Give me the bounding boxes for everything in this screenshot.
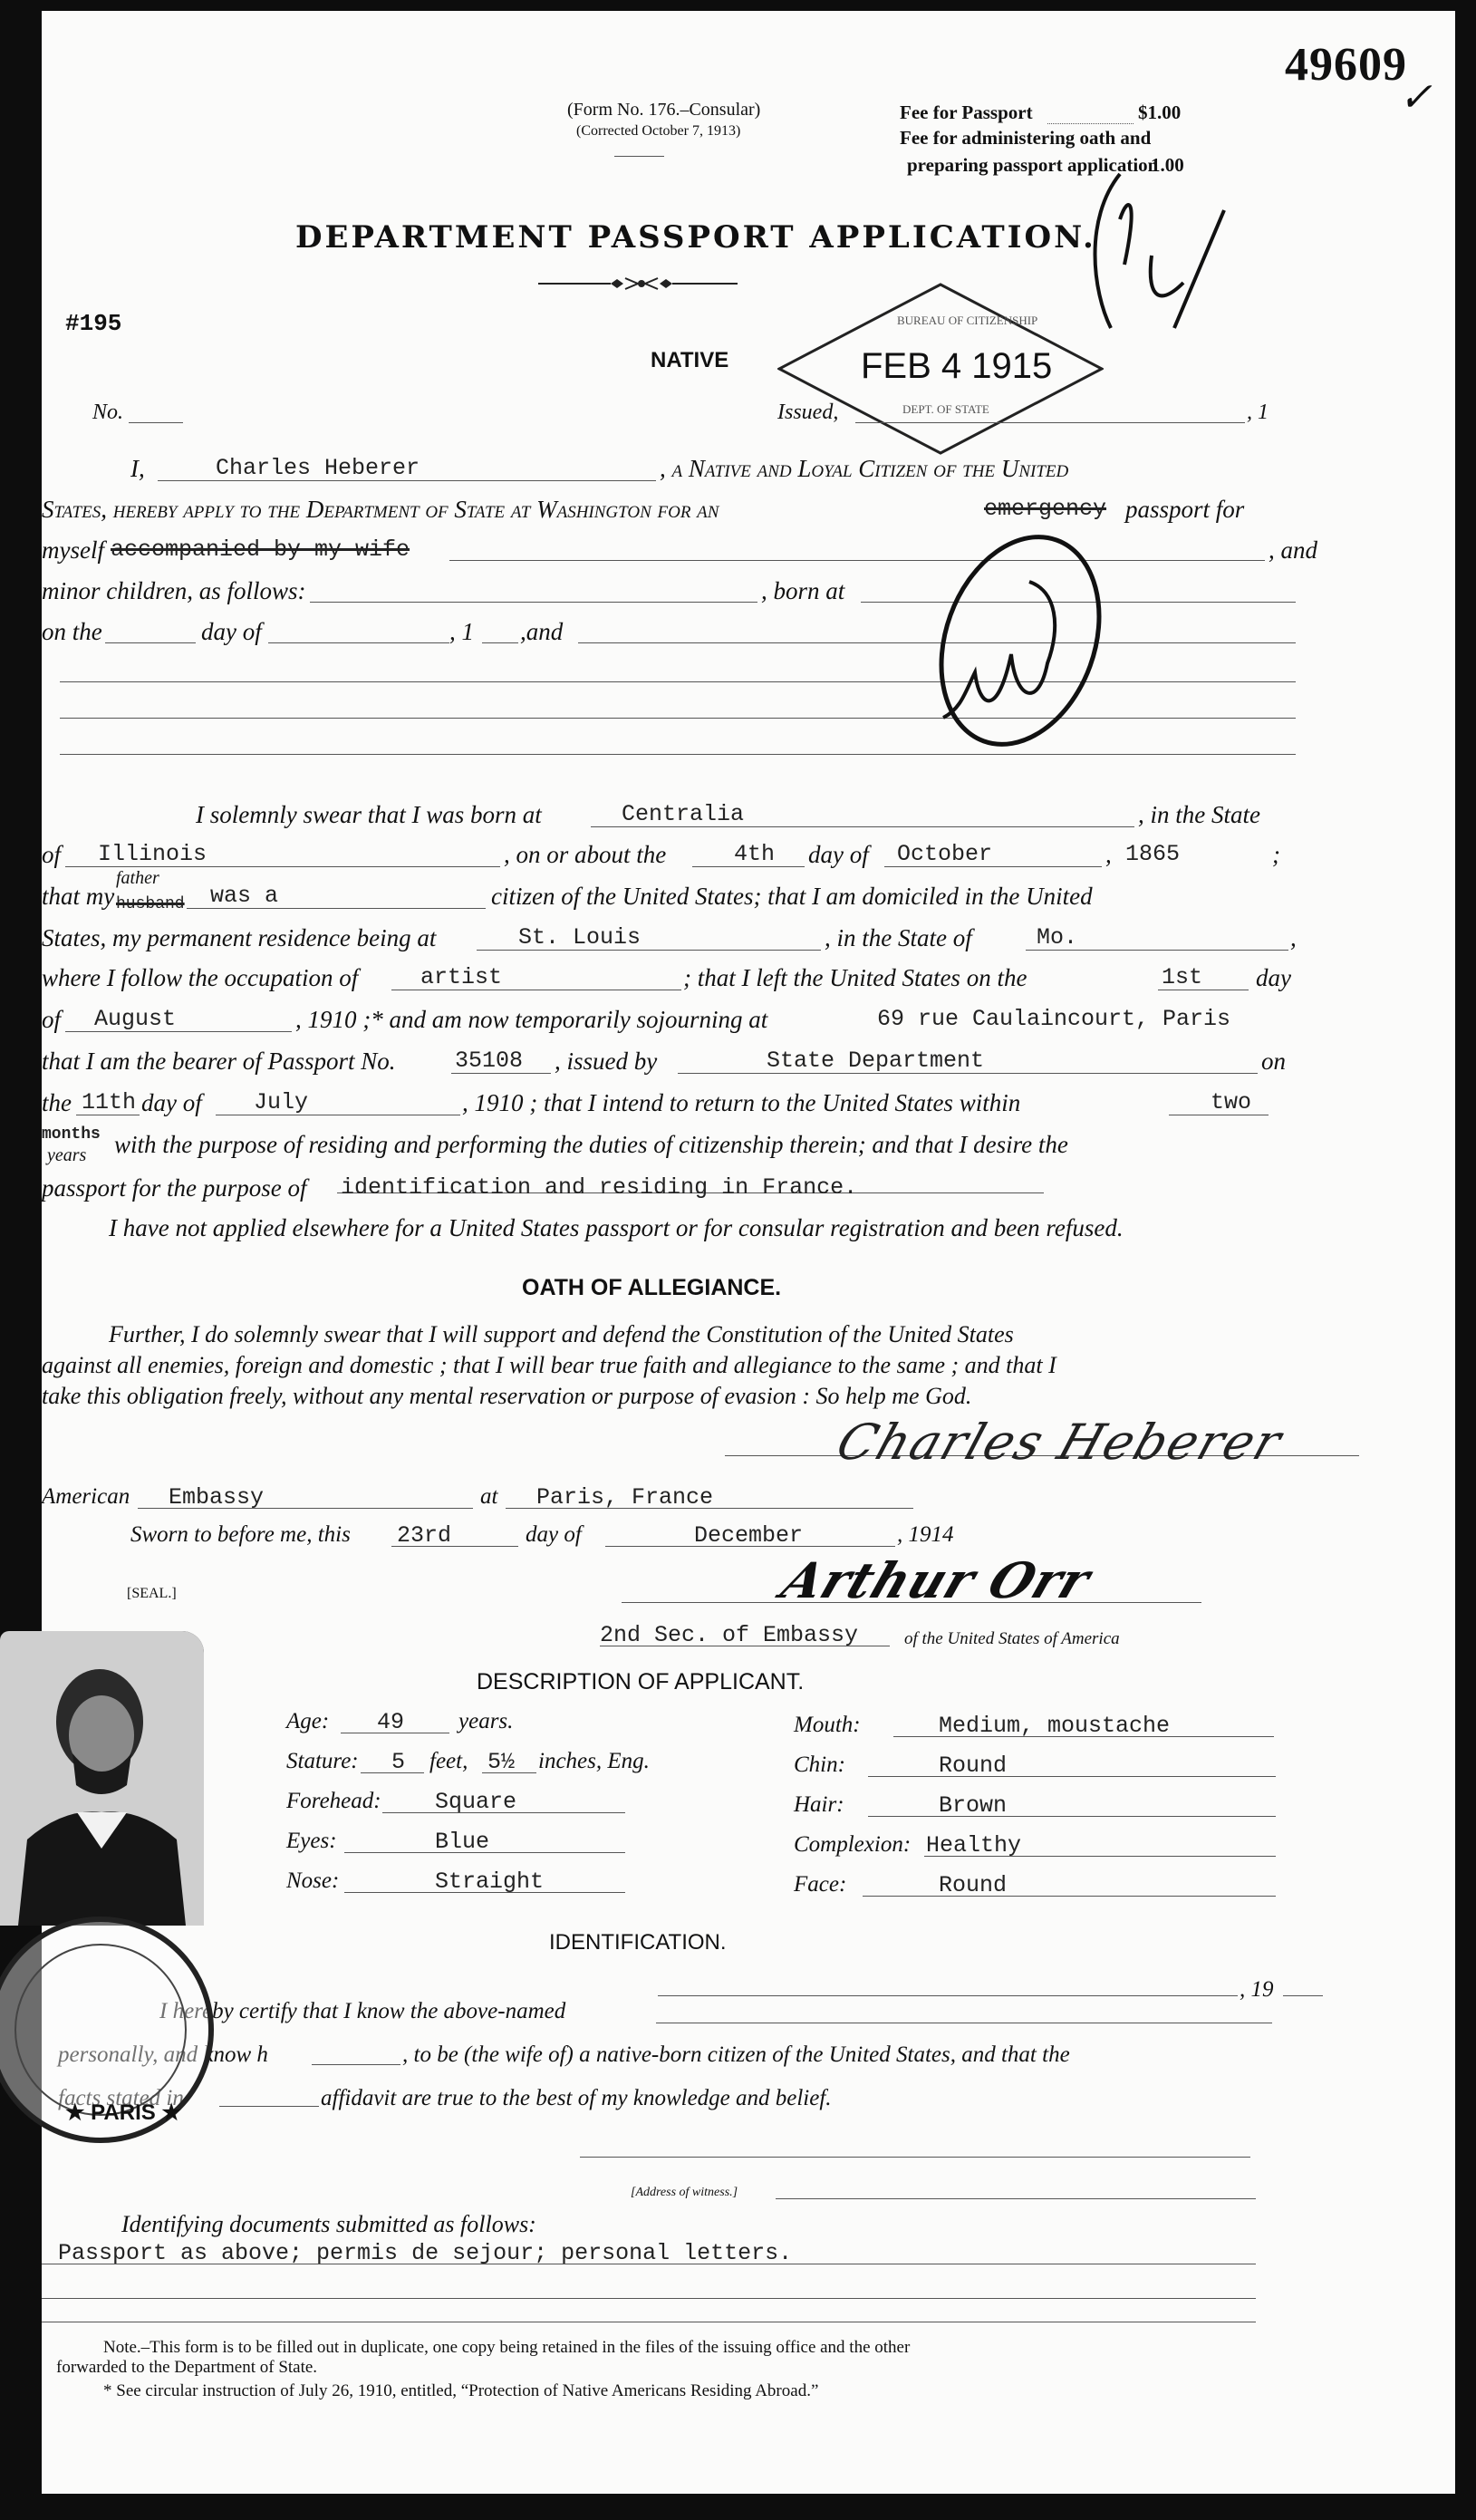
form-corrected-date: (Corrected October 7, 1913) xyxy=(576,123,740,140)
complexion-label: Complexion: xyxy=(794,1832,911,1858)
divider xyxy=(614,156,664,157)
was-a-field[interactable]: was a xyxy=(210,883,278,909)
child-year-line xyxy=(482,642,518,643)
on-text: on xyxy=(1261,1048,1286,1076)
native-born-text: , to be (the wife of) a native-born citi… xyxy=(402,2042,1070,2068)
apply-text: States, hereby apply to the Department o… xyxy=(42,496,719,524)
affidavit-text: affidavit are true to the best of my kno… xyxy=(321,2086,832,2111)
passport-number-field[interactable]: 35108 xyxy=(455,1048,523,1074)
left-month-field[interactable]: August xyxy=(94,1006,176,1032)
eyes-field[interactable]: Blue xyxy=(435,1829,489,1855)
no-label: No. xyxy=(92,401,123,425)
sojourn-address-field[interactable]: 69 rue Caulaincourt, Paris xyxy=(877,1006,1230,1032)
passport-application-page: 49609 ✓ (Form No. 176.–Consular) (Correc… xyxy=(42,11,1455,2494)
born-at-label: , born at xyxy=(761,577,844,605)
pronoun-line xyxy=(312,2064,400,2065)
mouth-label: Mouth: xyxy=(794,1713,861,1738)
note-footnote: * See circular instruction of July 26, 1… xyxy=(103,2381,818,2401)
face-line xyxy=(863,1896,1276,1897)
documents-field[interactable]: Passport as above; permis de sejour; per… xyxy=(58,2240,792,2266)
minor-children-label: minor children, as follows: xyxy=(42,577,306,605)
office-field[interactable]: Embassy xyxy=(169,1484,264,1511)
apply-text-a: States, hereby apply to the Department o… xyxy=(42,496,719,523)
birth-year-field[interactable]: 1865 xyxy=(1125,841,1180,867)
documents-line-3 xyxy=(42,2322,1256,2322)
residence-text: States, my permanent residence being at xyxy=(42,924,436,952)
stature-label: Stature: xyxy=(286,1749,359,1774)
day-of-label-2: day of xyxy=(526,1522,582,1548)
emergency-struck-field[interactable]: emergency xyxy=(984,496,1106,522)
officer-title-line xyxy=(600,1646,890,1646)
sojourn-text: , 1910 ;* and am now temporarily sojourn… xyxy=(295,1006,767,1034)
issued-suffix: , 1 xyxy=(1247,401,1269,425)
sworn-label: Sworn to before me, this xyxy=(130,1522,351,1548)
applicant-name-field[interactable]: Charles Heberer xyxy=(216,455,420,481)
affidavit-line xyxy=(219,2106,319,2107)
mouth-field[interactable]: Medium, moustache xyxy=(939,1713,1170,1739)
native-citizen-text: , a Native and Loyal Citizen of the Unit… xyxy=(660,455,1068,483)
sworn-birth-text: I solemnly swear that I was born at xyxy=(196,801,542,829)
issued-by-text: , issued by xyxy=(555,1048,657,1076)
intro-i: I, xyxy=(130,455,145,483)
oath-line-1: Further, I do solemnly swear that I will… xyxy=(109,1321,1014,1348)
portrait-silhouette-icon xyxy=(0,1631,204,1926)
case-number: #195 xyxy=(65,310,121,337)
at-label: at xyxy=(480,1484,497,1510)
issued-day-field[interactable]: 11th xyxy=(82,1089,136,1115)
not-applied-text: I have not applied elsewhere for a Unite… xyxy=(109,1214,1124,1242)
sworn-year: , 1914 xyxy=(897,1522,954,1548)
years-label: years. xyxy=(458,1709,513,1734)
birth-state-field[interactable]: Illinois xyxy=(98,841,207,867)
and-text: , and xyxy=(1269,536,1317,565)
year-prefix: , 1 xyxy=(449,618,474,646)
on-the-label: on the xyxy=(42,618,102,646)
description-heading: DESCRIPTION OF APPLICANT. xyxy=(477,1669,804,1695)
sworn-day-field[interactable]: 23rd xyxy=(397,1522,451,1549)
address-of-witness-label: [Address of witness.] xyxy=(631,2186,738,2200)
accompanied-struck-field[interactable]: accompanied by my wife xyxy=(111,536,410,563)
line3-field-line xyxy=(449,560,1265,561)
examiner-initial-mark xyxy=(912,527,1129,754)
birth-day-field[interactable]: 4th xyxy=(734,841,775,867)
residence-city-field[interactable]: St. Louis xyxy=(518,924,641,951)
checkmark-icon: ✓ xyxy=(1399,74,1433,121)
officer-signature: Arthur Orr xyxy=(774,1551,1098,1609)
issued-month-field[interactable]: July xyxy=(254,1089,308,1115)
identification-year-line xyxy=(1283,1995,1323,1996)
feet-label: feet, xyxy=(429,1749,468,1774)
chin-field[interactable]: Round xyxy=(939,1752,1007,1779)
forehead-label: Forehead: xyxy=(286,1789,381,1814)
oath-line-2: against all enemies, foreign and domesti… xyxy=(42,1352,1056,1379)
note-text-2: forwarded to the Department of State. xyxy=(56,2358,317,2378)
face-label: Face: xyxy=(794,1872,846,1897)
issued-by-field[interactable]: State Department xyxy=(767,1048,984,1074)
officer-suffix: of the United States of America xyxy=(904,1629,1120,1649)
native-label: NATIVE xyxy=(651,348,728,373)
chin-label: Chin: xyxy=(794,1752,845,1778)
child-month-line xyxy=(268,642,449,643)
birthplace-field[interactable]: Centralia xyxy=(622,801,744,827)
witness-signature-line xyxy=(580,2157,1250,2158)
semicolon: ; xyxy=(1272,841,1280,869)
ornament-divider xyxy=(538,274,738,294)
passport-bearer-text: that I am the bearer of Passport No. xyxy=(42,1048,396,1076)
purpose-field[interactable]: identification and residing in France. xyxy=(341,1174,857,1201)
return-within-field[interactable]: two xyxy=(1211,1089,1251,1115)
fee-passport-label: Fee for Passport xyxy=(900,101,1033,124)
day-of-text-2: day of xyxy=(141,1089,202,1117)
citizen-text: citizen of the United States; that I am … xyxy=(491,883,1093,911)
form-number: (Form No. 176.–Consular) xyxy=(567,100,760,121)
comma: , xyxy=(1105,841,1112,869)
on-about-text: , on or about the xyxy=(504,841,666,869)
myself-label: myself xyxy=(42,536,104,565)
sworn-month-field[interactable]: December xyxy=(694,1522,803,1549)
chin-line xyxy=(868,1776,1276,1777)
identification-year-suffix: , 19 xyxy=(1240,1977,1274,2003)
hair-field[interactable]: Brown xyxy=(939,1792,1007,1819)
citizenship-line xyxy=(187,908,486,909)
issued-label: Issued, xyxy=(777,401,838,425)
certify-text: I hereby certify that I know the above-n… xyxy=(159,1999,565,2024)
documents-line-2 xyxy=(42,2298,1256,2299)
stamp-date: FEB 4 1915 xyxy=(861,346,1052,387)
face-field[interactable]: Round xyxy=(939,1872,1007,1898)
birth-month-field[interactable]: October xyxy=(897,841,992,867)
stamp-bottom-text: DEPT. OF STATE xyxy=(902,402,989,417)
applicant-signature: Charles Heberer xyxy=(830,1414,1290,1471)
years-struck-label: years xyxy=(47,1145,86,1166)
oath-line-3: take this obligation freely, without any… xyxy=(42,1383,971,1410)
officer-title-field[interactable]: 2nd Sec. of Embassy xyxy=(600,1622,858,1648)
seal-label: [SEAL.] xyxy=(127,1586,177,1602)
husband-struck-field[interactable]: husband xyxy=(116,895,185,913)
children-field-line xyxy=(310,602,757,603)
day-of-label: day of xyxy=(201,618,262,646)
file-number: 49609 xyxy=(1285,38,1407,92)
passport-purpose-text: passport for the purpose of xyxy=(42,1174,307,1202)
in-state-text: , in the State xyxy=(1138,801,1260,829)
intend-return-text: , 1910 ; that I intend to return to the … xyxy=(462,1089,1020,1117)
complexion-field[interactable]: Healthy xyxy=(926,1832,1021,1859)
residence-state-field[interactable]: Mo. xyxy=(1037,924,1077,951)
inches-label: inches, Eng. xyxy=(538,1749,650,1774)
issued-field-line xyxy=(855,422,1245,423)
age-field[interactable]: 49 xyxy=(377,1709,404,1735)
nose-label: Nose: xyxy=(286,1868,339,1894)
day-text: day xyxy=(1256,964,1291,992)
left-day-field[interactable]: 1st xyxy=(1162,964,1202,990)
american-label: American xyxy=(42,1484,130,1510)
eyes-label: Eyes: xyxy=(286,1829,337,1854)
passport-for-text: passport for xyxy=(1125,496,1244,524)
that-my-text: that my xyxy=(42,883,114,911)
the-label: the xyxy=(42,1089,72,1117)
fee-oath-label: Fee for administering oath and xyxy=(900,127,1151,150)
received-date-stamp: BUREAU OF CITIZENSHIP FEB 4 1915 DEPT. O… xyxy=(777,283,1104,455)
hair-label: Hair: xyxy=(794,1792,844,1818)
issued-month-line xyxy=(216,1115,460,1115)
no-field-line xyxy=(129,422,183,423)
nose-field[interactable]: Straight xyxy=(435,1868,544,1895)
seal-inner-ring xyxy=(14,1944,187,2116)
documents-line-1 xyxy=(42,2264,1256,2264)
above-named-line xyxy=(656,2023,1272,2023)
witness-address-line xyxy=(776,2198,1256,2199)
stature-feet-field[interactable]: 5 xyxy=(391,1749,405,1775)
months-typed-field[interactable]: months xyxy=(42,1125,101,1144)
comma-2: , xyxy=(1290,924,1297,952)
of-label-2: of xyxy=(42,1006,61,1034)
location-field[interactable]: Paris, France xyxy=(536,1484,713,1511)
and-label: ,and xyxy=(520,618,563,646)
identification-heading: IDENTIFICATION. xyxy=(549,1930,727,1955)
stature-inches-field[interactable]: 5½ xyxy=(487,1749,515,1775)
purpose-residing-text: with the purpose of residing and perform… xyxy=(114,1131,1068,1159)
father-label: father xyxy=(116,868,159,889)
of-label: of xyxy=(42,841,61,869)
stamp-top-text: BUREAU OF CITIZENSHIP xyxy=(897,314,1037,328)
documents-label: Identifying documents submitted as follo… xyxy=(121,2211,536,2238)
occupation-field[interactable]: artist xyxy=(420,964,502,990)
note-text-1: Note.–This form is to be filled out in d… xyxy=(103,2338,910,2358)
day-of-text: day of xyxy=(808,841,869,869)
left-us-text: ; that I left the United States on the xyxy=(683,964,1027,992)
child-day-line xyxy=(105,642,196,643)
document-title: DEPARTMENT PASSPORT APPLICATION. xyxy=(295,219,1096,256)
applicant-photo xyxy=(0,1631,204,1926)
fee-passport-amount: $1.00 xyxy=(1138,101,1181,124)
hair-line xyxy=(868,1816,1276,1817)
forehead-field[interactable]: Square xyxy=(435,1789,516,1815)
seal-paris-text: ★ PARIS ★ xyxy=(65,2100,181,2126)
leader-dots xyxy=(1047,123,1134,124)
age-label: Age: xyxy=(286,1709,329,1734)
oath-heading: OATH OF ALLEGIANCE. xyxy=(522,1275,781,1301)
occupation-text: where I follow the occupation of xyxy=(42,964,358,992)
identification-date-line xyxy=(658,1995,1238,1996)
in-state-of-text: , in the State of xyxy=(825,924,972,952)
extra-line-4 xyxy=(60,754,1296,755)
